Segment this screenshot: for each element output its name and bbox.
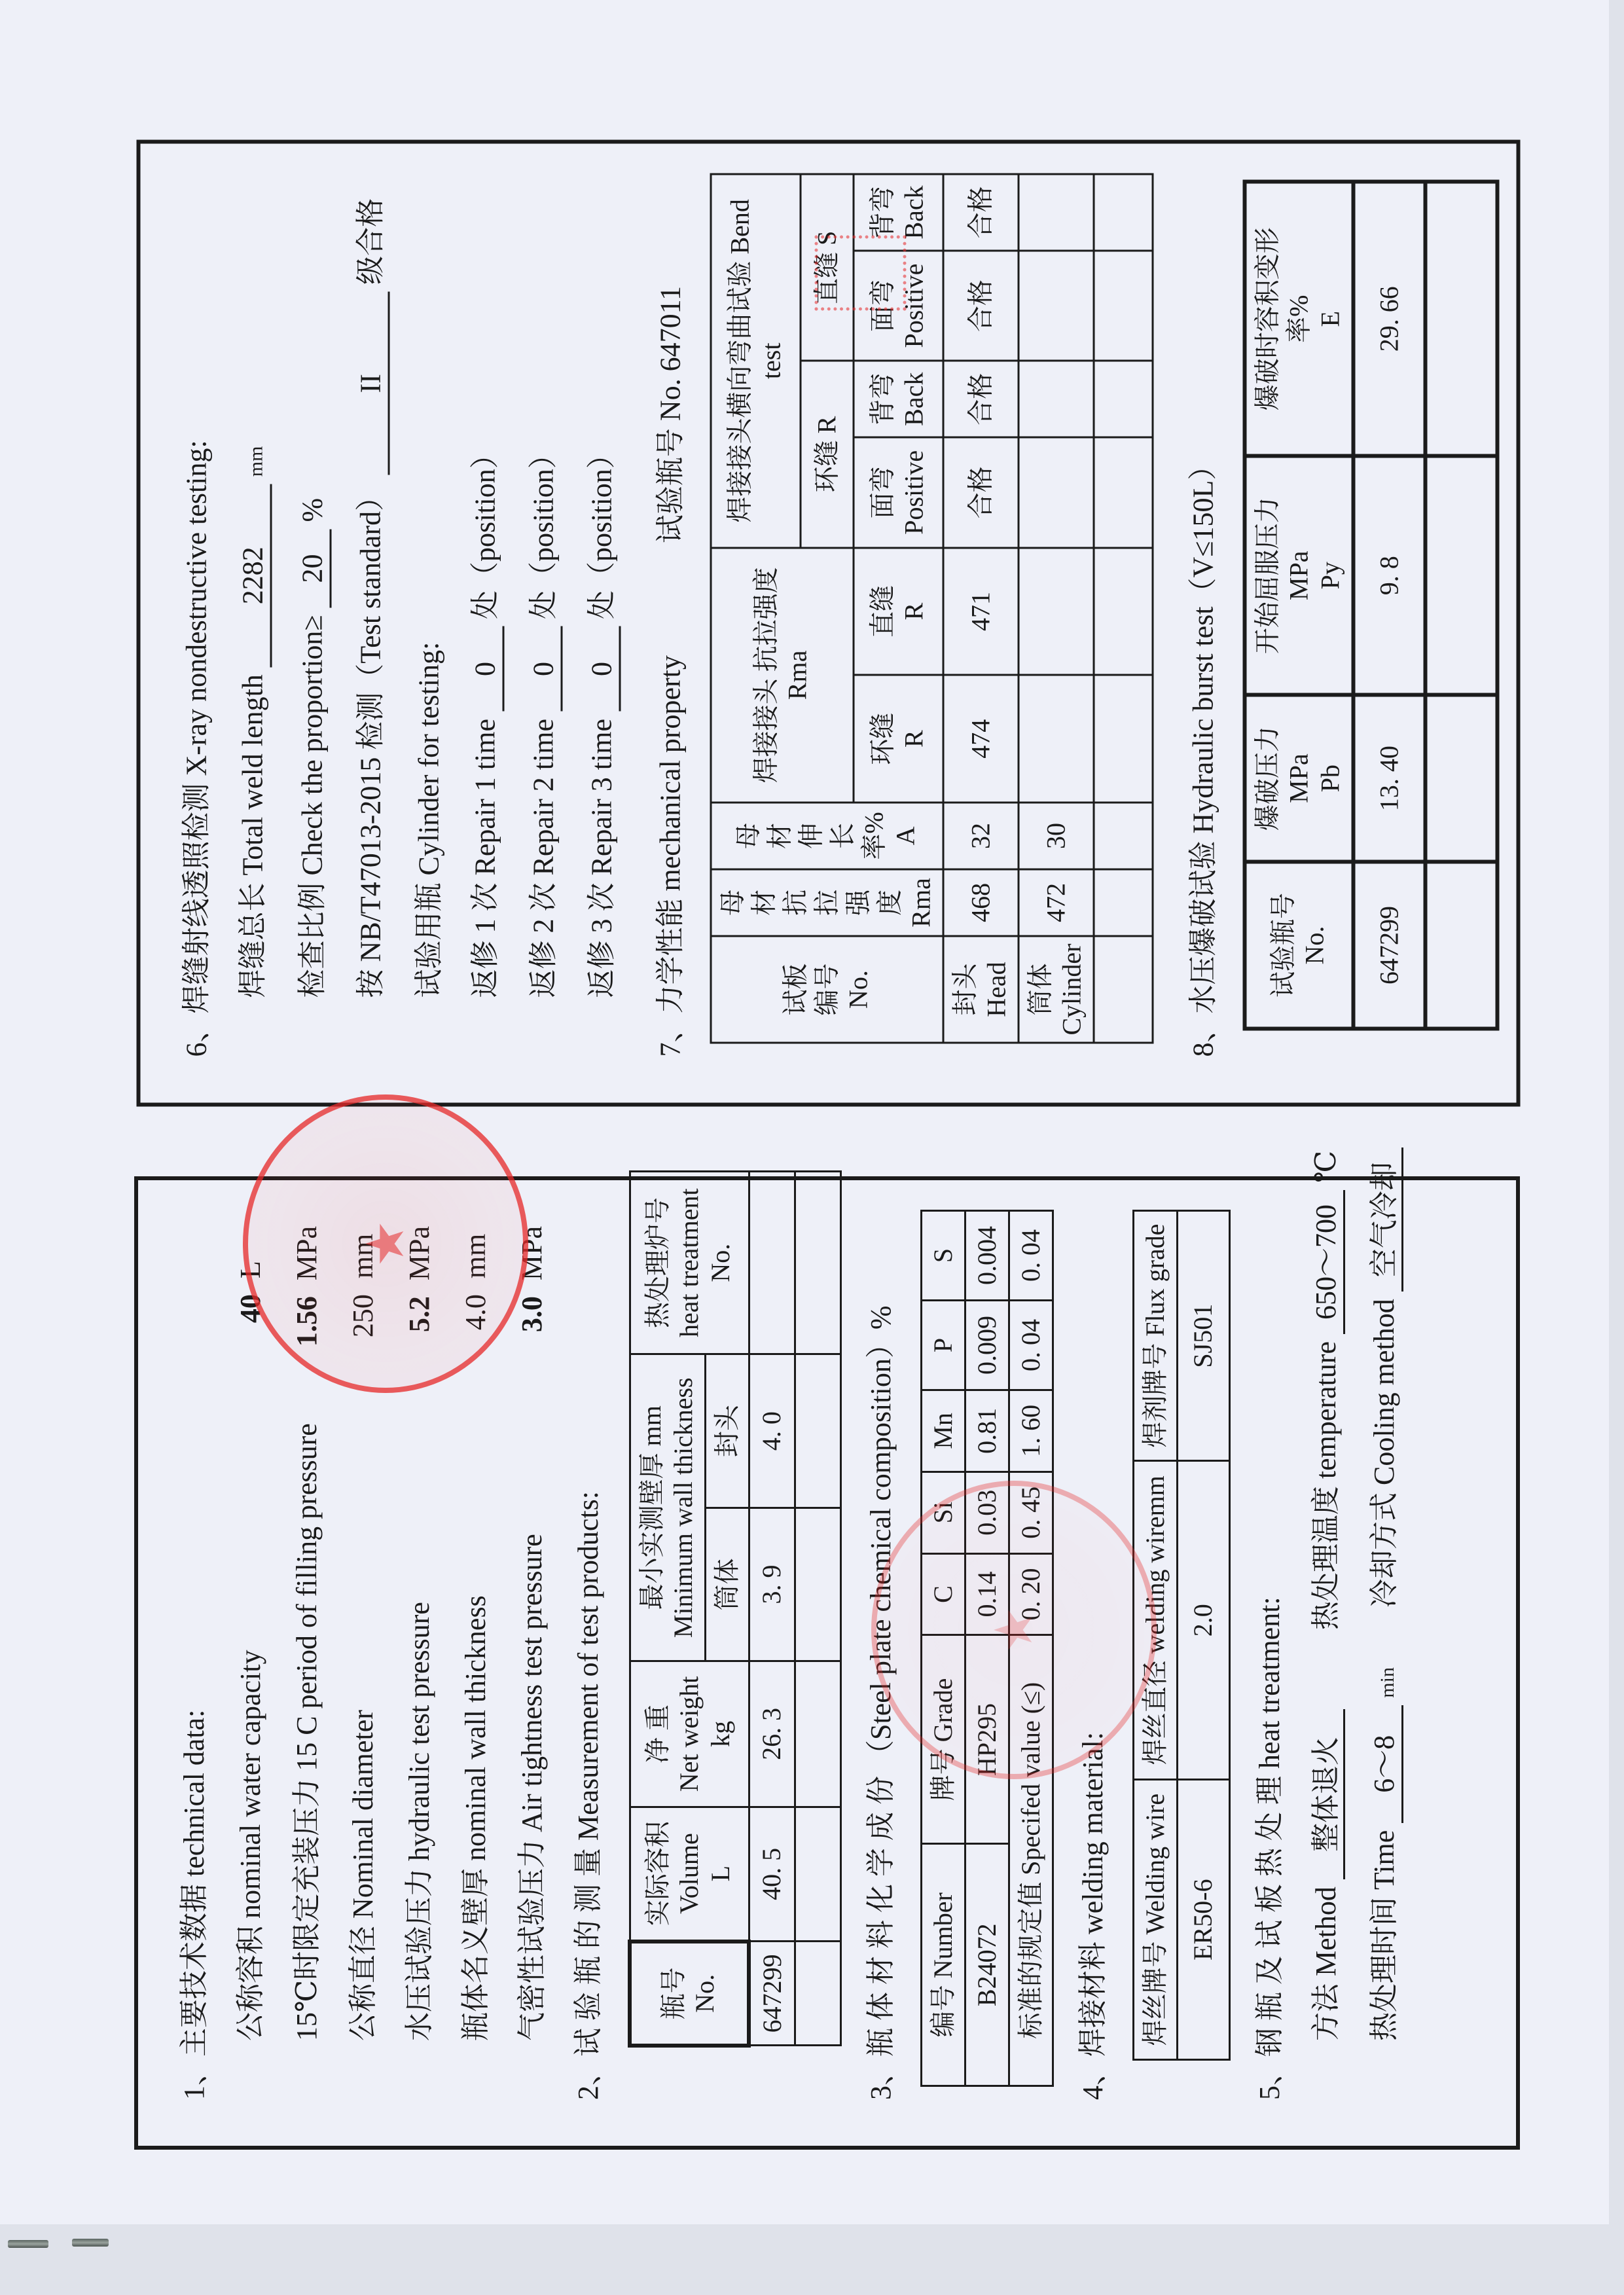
technical-data-value: 1.56	[290, 1280, 324, 1348]
technical-data-value: 40	[234, 1278, 268, 1346]
technical-data-panel: 1、主要技术数据 technical data: 公称容积 nominal wa…	[134, 1176, 1520, 2150]
heat-treatment-row-2: 热处理时间 Time 6～8 min 冷却方式 Cooling method 空…	[1367, 1226, 1405, 2100]
technical-data-row: 水压试验压力 hydraulic test pressure 5.2 MPa	[403, 1226, 437, 2100]
cylinder-for-testing: 试验用瓶 Cylinder for testing:	[412, 189, 446, 1057]
technical-data-row: 瓶体名义壁厚 nominal wall thickness 4.0 mm	[459, 1226, 493, 2100]
technical-data-value: 250	[346, 1278, 380, 1346]
repair-count: 0	[585, 626, 621, 712]
test-cylinder-number: 试验瓶号 No. 647011	[654, 285, 686, 543]
table-header: 焊丝牌号 Welding wire焊丝直径 welding wiremm焊剂牌号…	[1133, 1211, 1177, 2060]
section-5-heading: 5、钢 瓶 及 试 板 热 处 理 heat treatment:	[1253, 1226, 1287, 2100]
table-header: 试板编号No. 母材抗拉强度Rma 母材伸长率%A 焊接接头 抗拉强度 Rma …	[711, 174, 801, 1043]
section-3-heading: 3、瓶 体 材 料 化 学 成 份 （Steel plate chemical …	[864, 1226, 898, 2100]
table-row: 64729913. 409. 829. 66	[1353, 181, 1425, 1028]
test-results-panel: 6、焊缝射线透照检测 X-ray nondestructive testing:…	[136, 139, 1520, 1106]
chemical-composition-table: 编号 Number牌号 GradeCSiMnPSB24072HP2950.140…	[920, 1210, 1054, 2087]
technical-data-value: 4.0	[459, 1278, 493, 1346]
table-row	[1094, 174, 1153, 1043]
repair-count: 0	[468, 626, 504, 712]
section-7-heading: 7、力学性能 mechanical property 试验瓶号 No. 6470…	[653, 189, 687, 1057]
technical-data-row: 公称容积 nominal water capacity 40 L	[234, 1226, 268, 2100]
weld-length-row: 焊缝总长 Total weld length 2282 mm	[236, 189, 273, 1057]
technical-data-row: 公称直径 Nominal diameter 250 mm	[346, 1226, 380, 2100]
repair-row: 返修 2 次 Repair 2 time 0 处（position）	[526, 189, 562, 1057]
table-row: 标准的规定值 Specifed value (≤)0. 200. 451. 60…	[1009, 1211, 1053, 2086]
heat-treatment-method: 整体退火	[1309, 1709, 1345, 1879]
section-2-heading: 2、试 验 瓶 的 测 量 Measurement of test produc…	[571, 1226, 605, 2100]
heat-treatment-temperature: 650～700	[1309, 1190, 1345, 1334]
table-row	[795, 1172, 840, 2046]
staple	[8, 2240, 48, 2248]
table-row: B24072HP2950.140.030.810.0090.004	[965, 1211, 1009, 2086]
test-standard-row: 按 NB/T47013-2015 检测（Test standard） II 级合…	[353, 189, 389, 1057]
hydraulic-burst-table: 试验瓶号No.爆破压力MPaPb开始屈服压力MPaPy爆破时容积变形率%E647…	[1242, 179, 1499, 1030]
technical-data-value: 5.2	[403, 1280, 437, 1348]
welding-material-table: 焊丝牌号 Welding wire焊丝直径 welding wiremm焊剂牌号…	[1132, 1210, 1231, 2061]
measurement-table: 瓶号No. 实际容积VolumeL 净 重Net weightkg 最小实测壁厚…	[628, 1170, 842, 2048]
grade-value: II	[353, 291, 389, 475]
table-row	[1425, 181, 1497, 1028]
technical-data-row: 15℃时限定充装压力 15 C period of filling pressu…	[290, 1226, 324, 2100]
table-header: 试验瓶号No.爆破压力MPaPb开始屈服压力MPaPy爆破时容积变形率%E	[1244, 181, 1353, 1028]
repair-count: 0	[526, 626, 562, 712]
mechanical-property-table: 试板编号No. 母材抗拉强度Rma 母材伸长率%A 焊接接头 抗拉强度 Rma …	[710, 173, 1153, 1043]
section-1-heading: 1、主要技术数据 technical data:	[177, 1226, 211, 2100]
cooling-method: 空气冷却	[1367, 1147, 1403, 1292]
section-6-heading: 6、焊缝射线透照检测 X-ray nondestructive testing:	[179, 189, 213, 1057]
table-header: 瓶号No. 实际容积VolumeL 净 重Net weightkg 最小实测壁厚…	[630, 1172, 705, 2046]
table-row: ER50-62.0SJ501	[1177, 1211, 1229, 2060]
table-header: 编号 Number牌号 GradeCSiMnPS	[921, 1211, 965, 2086]
repair-row: 返修 1 次 Repair 1 time 0 处（position）	[468, 189, 504, 1057]
table-row: 封头Head46832 474471 合格合格合格合格	[943, 174, 1019, 1043]
technical-data-row: 气密性试验压力 Air tightness test pressure 3.0 …	[515, 1226, 549, 2100]
table-row: 64729940. 526. 3 3. 94. 0	[749, 1172, 795, 2046]
heat-treatment-row-1: 方法 Method 整体退火 热处理温度 temperature 650～700…	[1309, 1226, 1345, 2100]
proportion-row: 检查比例 Check the proportion≥ 20 %	[295, 189, 331, 1057]
staple	[72, 2239, 109, 2247]
section-8-heading: 8、水压爆破试验 Hydraulic burst test（V≤150L）	[1186, 189, 1220, 1057]
weld-length-value: 2282	[236, 484, 272, 667]
repair-row: 返修 3 次 Repair 3 time 0 处（position）	[585, 189, 621, 1057]
heat-treatment-time: 6～8	[1367, 1705, 1403, 1823]
table-row: 筒体Cylinder47230	[1019, 174, 1094, 1043]
technical-data-value: 3.0	[515, 1280, 549, 1348]
proportion-value: 20	[295, 529, 331, 607]
section-4-heading: 4、焊接材料 welding material:	[1076, 1226, 1110, 2100]
